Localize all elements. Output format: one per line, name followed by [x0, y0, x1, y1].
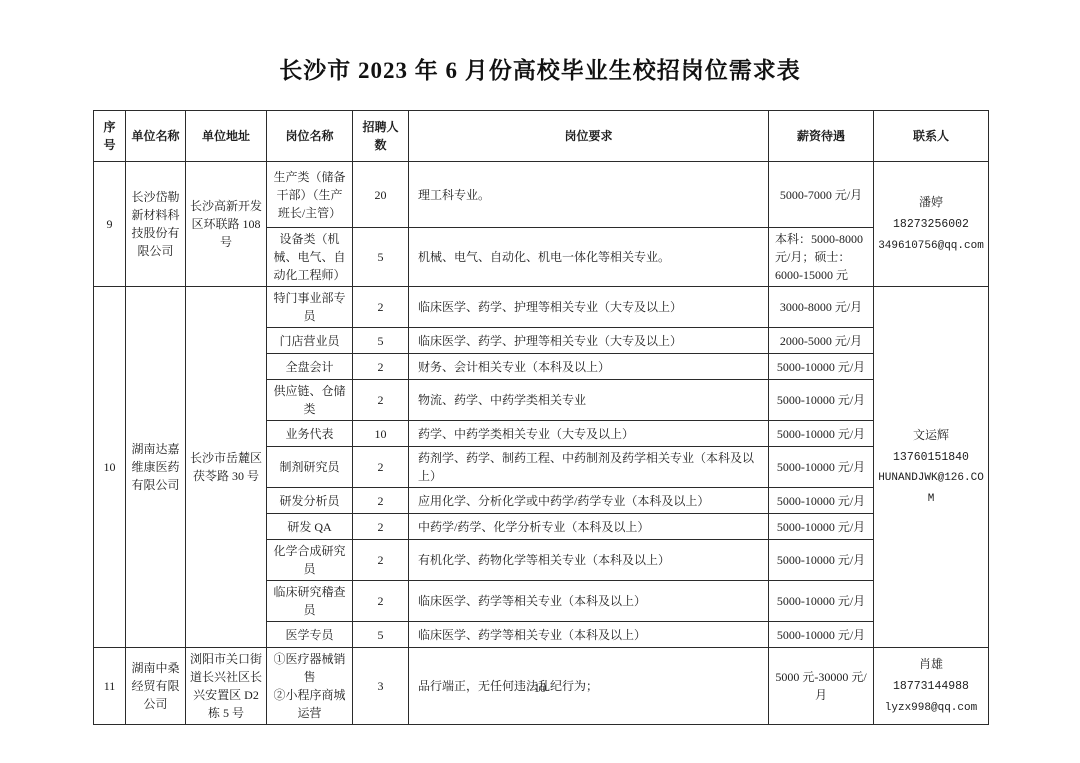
position-count: 2 — [353, 581, 409, 622]
table-row: 9 长沙岱勒新材料科技股份有限公司 长沙高新开发区环联路 108 号 生产类（储… — [94, 162, 989, 228]
header-salary: 薪资待遇 — [769, 111, 874, 162]
position-count: 2 — [353, 354, 409, 380]
position-salary: 5000-10000 元/月 — [769, 354, 874, 380]
table-header-row: 序号 单位名称 单位地址 岗位名称 招聘人数 岗位要求 薪资待遇 联系人 — [94, 111, 989, 162]
position-count: 5 — [353, 228, 409, 287]
position-salary: 5000-10000 元/月 — [769, 488, 874, 514]
position-salary: 2000-5000 元/月 — [769, 328, 874, 354]
position-title: 全盘会计 — [267, 354, 353, 380]
position-title: 设备类（机械、电气、自动化工程师） — [267, 228, 353, 287]
position-count: 5 — [353, 622, 409, 648]
company-address: 长沙高新开发区环联路 108 号 — [186, 162, 267, 287]
contact-phone: 18273256002 — [878, 214, 984, 236]
position-salary: 3000-8000 元/月 — [769, 287, 874, 328]
table-row: 10 湖南达嘉维康医药有限公司 长沙市岳麓区茯苓路 30 号 特门事业部专员 2… — [94, 287, 989, 328]
header-position: 岗位名称 — [267, 111, 353, 162]
position-title: 供应链、仓储类 — [267, 380, 353, 421]
contact-cell: 潘婷 18273256002 349610756@qq.com — [874, 162, 989, 287]
position-count: 10 — [353, 421, 409, 447]
header-contact: 联系人 — [874, 111, 989, 162]
position-requirements: 财务、会计相关专业（本科及以上） — [409, 354, 769, 380]
company-no: 10 — [94, 287, 126, 648]
position-count: 2 — [353, 514, 409, 540]
position-title: 制剂研究员 — [267, 447, 353, 488]
position-title: 业务代表 — [267, 421, 353, 447]
position-requirements: 临床医学、药学等相关专业（本科及以上） — [409, 581, 769, 622]
header-no: 序号 — [94, 111, 126, 162]
position-salary: 本科：5000-8000 元/月；硕士：6000-15000 元 — [769, 228, 874, 287]
position-count: 2 — [353, 488, 409, 514]
contact-email: 349610756@qq.com — [878, 236, 984, 257]
position-title: 门店营业员 — [267, 328, 353, 354]
contact-phone: 13760151840 — [878, 447, 984, 469]
position-title: 研发分析员 — [267, 488, 353, 514]
position-salary: 5000-10000 元/月 — [769, 514, 874, 540]
position-requirements: 药学、中药学类相关专业（大专及以上） — [409, 421, 769, 447]
company-name: 湖南达嘉维康医药有限公司 — [126, 287, 186, 648]
position-count: 20 — [353, 162, 409, 228]
position-salary: 5000-10000 元/月 — [769, 380, 874, 421]
position-count: 5 — [353, 328, 409, 354]
company-name: 长沙岱勒新材料科技股份有限公司 — [126, 162, 186, 287]
position-salary: 5000-10000 元/月 — [769, 622, 874, 648]
position-requirements: 临床医学、药学、护理等相关专业（大专及以上） — [409, 328, 769, 354]
position-count: 2 — [353, 447, 409, 488]
header-requirements: 岗位要求 — [409, 111, 769, 162]
company-address: 长沙市岳麓区茯苓路 30 号 — [186, 287, 267, 648]
contact-email: HUNANDJWK@126.COM — [878, 468, 984, 510]
position-title: 特门事业部专员 — [267, 287, 353, 328]
position-count: 2 — [353, 287, 409, 328]
position-requirements: 有机化学、药物化学等相关专业（本科及以上） — [409, 540, 769, 581]
position-requirements: 中药学/药学、化学分析专业（本科及以上） — [409, 514, 769, 540]
position-requirements: 临床医学、药学等相关专业（本科及以上） — [409, 622, 769, 648]
position-requirements: 应用化学、分析化学或中药学/药学专业（本科及以上） — [409, 488, 769, 514]
position-requirements: 物流、药学、中药学类相关专业 — [409, 380, 769, 421]
header-company-address: 单位地址 — [186, 111, 267, 162]
position-requirements: 药剂学、药学、制药工程、中药制剂及药学相关专业（本科及以上） — [409, 447, 769, 488]
page-number: 10 — [0, 681, 1080, 696]
position-title: 医学专员 — [267, 622, 353, 648]
position-count: 2 — [353, 540, 409, 581]
contact-name: 潘婷 — [878, 191, 984, 214]
header-company-name: 单位名称 — [126, 111, 186, 162]
company-no: 9 — [94, 162, 126, 287]
job-demand-table: 序号 单位名称 单位地址 岗位名称 招聘人数 岗位要求 薪资待遇 联系人 9 长… — [93, 110, 989, 725]
position-salary: 5000-10000 元/月 — [769, 421, 874, 447]
position-title: 临床研究稽查员 — [267, 581, 353, 622]
page-title: 长沙市 2023 年 6 月份高校毕业生校招岗位需求表 — [0, 52, 1080, 85]
position-requirements: 机械、电气、自动化、机电一体化等相关专业。 — [409, 228, 769, 287]
position-requirements: 理工科专业。 — [409, 162, 769, 228]
position-salary: 5000-7000 元/月 — [769, 162, 874, 228]
contact-email: lyzx998@qq.com — [878, 698, 984, 719]
position-salary: 5000-10000 元/月 — [769, 540, 874, 581]
position-title: 生产类（储备干部）（生产班长/主管） — [267, 162, 353, 228]
position-title: 研发 QA — [267, 514, 353, 540]
contact-cell: 文运辉 13760151840 HUNANDJWK@126.COM — [874, 287, 989, 648]
position-requirements: 临床医学、药学、护理等相关专业（大专及以上） — [409, 287, 769, 328]
position-salary: 5000-10000 元/月 — [769, 581, 874, 622]
position-salary: 5000-10000 元/月 — [769, 447, 874, 488]
position-count: 2 — [353, 380, 409, 421]
position-title: 化学合成研究员 — [267, 540, 353, 581]
contact-name: 文运辉 — [878, 424, 984, 447]
header-headcount: 招聘人数 — [353, 111, 409, 162]
contact-name: 肖雄 — [878, 653, 984, 676]
